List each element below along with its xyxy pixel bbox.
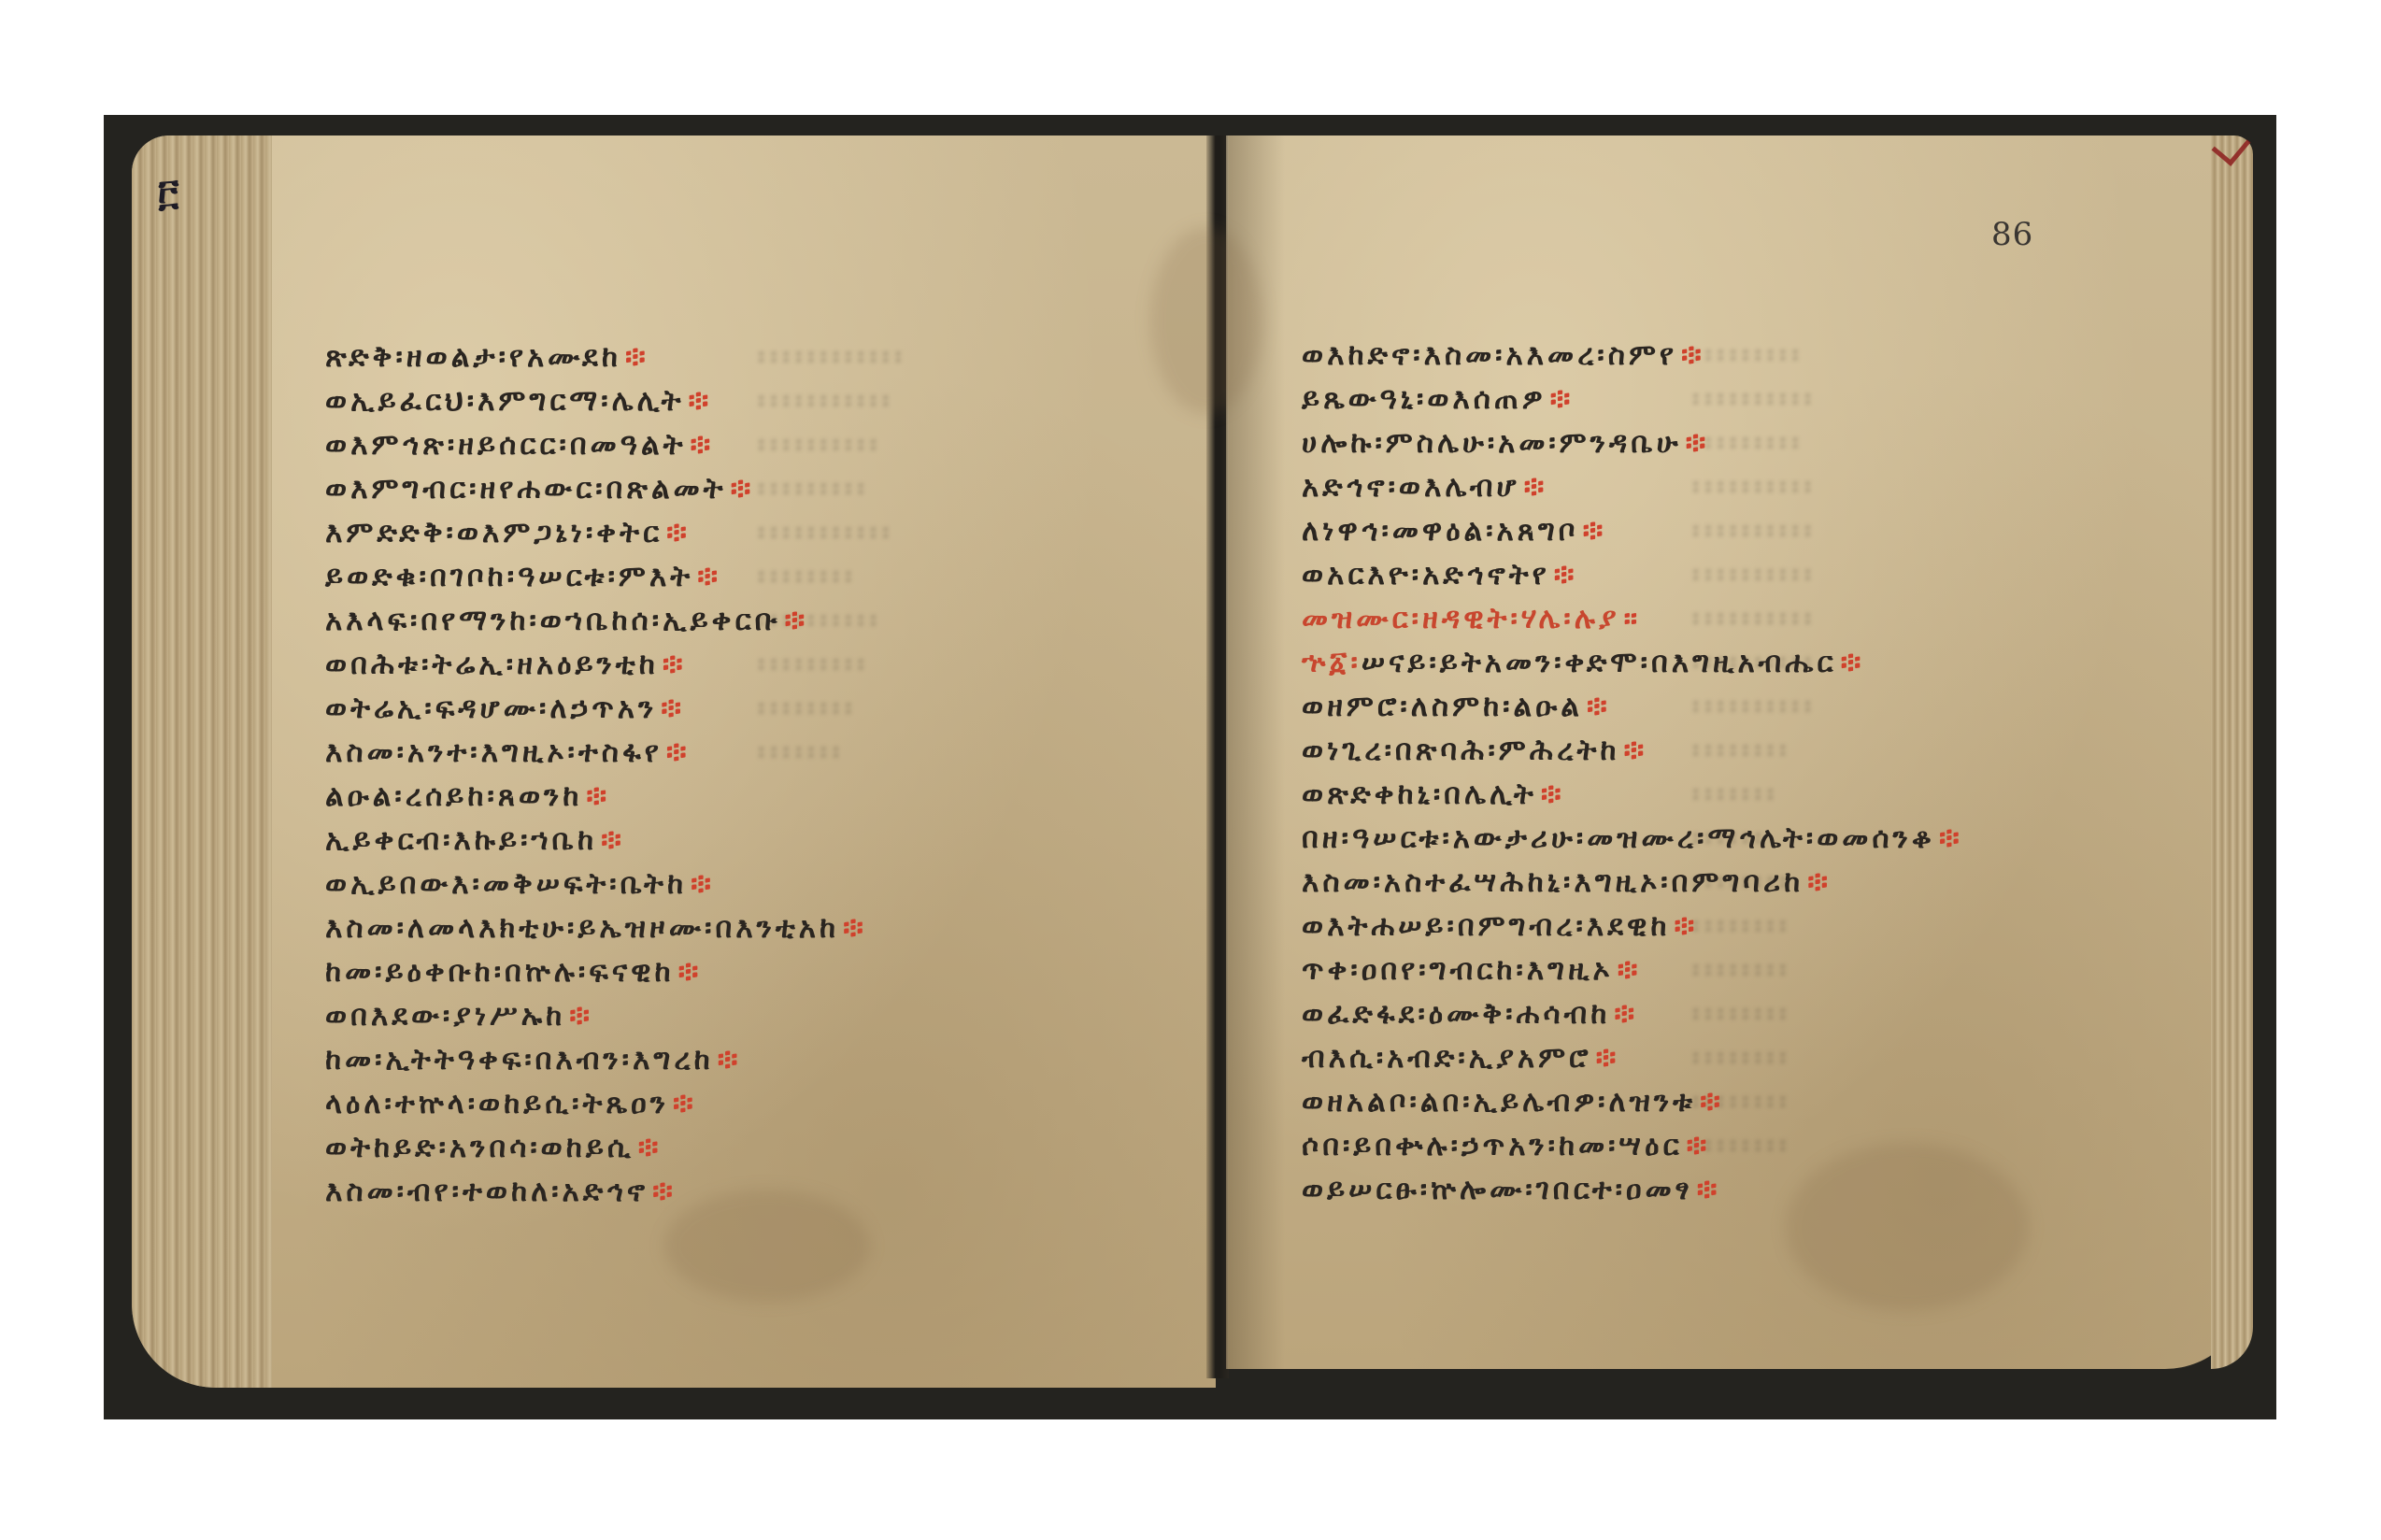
text-line: ወኢይፈርህ፡እምግርማ፡ሌሊት፨ (325, 379, 867, 423)
line-text: ከመ፡ይዕቀቡከ፡በኵሉ፡ፍናዊከ (325, 955, 675, 989)
text-line: እስመ፡ብየ፡ተወከለ፡አድኅኖ፨ (325, 1170, 867, 1214)
line-text: ወዘአልቦ፡ልበ፡ኢይሌብዎ፡ለዝንቱ (1302, 1085, 1696, 1119)
line-text: ሶበ፡ይበቍሉ፡ኃጥአን፡ከመ፡ሣዕር (1302, 1129, 1683, 1162)
rubric-prefix: ኍ፩፡ (1302, 646, 1362, 679)
red-punctuation-icon: ፨ (1841, 646, 1865, 679)
red-punctuation-icon: ፨ (1541, 777, 1565, 811)
red-punctuation-icon: ፨ (1550, 382, 1575, 416)
text-line: ወበሕቱ፡ትሬኢ፡ዘአዕይንቲከ፨ (325, 643, 867, 687)
line-text: ጽድቅ፡ዘወልታ፡የአሙደከ (325, 340, 621, 374)
text-line: ከመ፡ኢትትዓቀፍ፡በእብን፡እግረከ፨ (325, 1038, 867, 1082)
line-text: ኢይቀርብ፡እኩይ፡ኀቤከ (325, 823, 597, 857)
text-line: ጽድቅ፡ዘወልታ፡የአሙደከ፨ (325, 335, 867, 379)
red-punctuation-icon: ፨ (1583, 514, 1607, 548)
text-line: ወኢይበውእ፡መቅሠፍት፡ቤትከ፨ (325, 863, 867, 906)
text-line: ወፈድፋደ፡ዕሙቅ፡ሐሳብከ፨ (1302, 992, 1963, 1036)
red-punctuation-icon: ፨ (1618, 953, 1642, 987)
red-punctuation-icon: ፨ (601, 823, 625, 857)
text-line: ወይሠርፁ፡ኵሎሙ፡ገበርተ፡ዐመፃ፨ (1302, 1168, 1963, 1212)
red-punctuation-icon: ፨ (1686, 426, 1710, 460)
red-punctuation-icon: ፨ (731, 472, 755, 506)
margin-quire-mark: ፫ (158, 171, 178, 215)
left-page-text: ጽድቅ፡ዘወልታ፡የአሙደከ፨ወኢይፈርህ፡እምግርማ፡ሌሊት፨ወእምኅጽ፡ዘይ… (325, 335, 867, 1214)
line-text: ወኢይበውእ፡መቅሠፍት፡ቤትከ (325, 867, 687, 901)
red-punctuation-icon: ፨ (1681, 338, 1705, 372)
text-line: ወጽድቀከኒ፡በሌሊት፨ (1302, 773, 1963, 817)
line-text: ጥቀ፡ዐበየ፡ግብርከ፡እግዚኦ (1302, 953, 1614, 987)
red-punctuation-icon: ፨ (689, 384, 713, 418)
text-line: ወነጊረ፡በጽባሕ፡ምሕረትከ፨ (1302, 729, 1963, 773)
red-punctuation-icon: ፨ (691, 428, 715, 462)
line-text: አድኅኖ፡ወእሌብሆ (1302, 470, 1520, 504)
line-text: ወአርእዮ፡አድኅኖትየ (1302, 558, 1550, 592)
red-punctuation-icon: ፨ (663, 648, 687, 681)
text-line: ጥቀ፡ዐበየ፡ግብርከ፡እግዚኦ፨ (1302, 948, 1963, 992)
line-text: ወበሕቱ፡ትሬኢ፡ዘአዕይንቲከ (325, 648, 659, 681)
red-punctuation-icon: ፨ (1624, 734, 1648, 767)
text-line: እስመ፡አስተፈሣሕከኒ፡እግዚኦ፡በምግባሪከ፨ (1302, 861, 1963, 905)
line-text: ወኢይፈርህ፡እምግርማ፡ሌሊት (325, 384, 685, 418)
line-text: ወእከድኖ፡እስመ፡አእመረ፡ስምየ (1302, 338, 1677, 372)
text-line: ሀሎኩ፡ምስሌሁ፡አመ፡ምንዳቤሁ፨ (1302, 421, 1963, 465)
line-text: መዝሙር፡ዘዳዊት፡ሃሌ፡ሉያ (1302, 602, 1620, 635)
text-line: ወትሬኢ፡ፍዳሆሙ፡ለኃጥአን፨ (325, 687, 867, 731)
red-punctuation-icon: ፨ (666, 516, 691, 549)
line-text: እስመ፡አንተ፡እግዚኦ፡ተስፋየ (325, 735, 663, 769)
red-punctuation-icon: ፨ (1614, 997, 1638, 1031)
text-line: ወአርእዮ፡አድኅኖትየ፨ (1302, 553, 1963, 597)
text-line: ወዘምሮ፡ለስምከ፡ልዑል፨ (1302, 685, 1963, 729)
text-line: ይወድቁ፡በገቦከ፡ዓሠርቱ፡ምእት፨ (325, 555, 867, 599)
red-punctuation-icon: ፨ (691, 867, 715, 901)
text-line: እስመ፡ለመላእክቲሁ፡ይኤዝዞሙ፡በእንቲአከ፨ (325, 906, 867, 950)
line-text: ወይሠርፁ፡ኵሎሙ፡ገበርተ፡ዐመፃ (1302, 1173, 1693, 1206)
line-text: ወእምግብር፡ዘየሐውር፡በጽልመት (325, 472, 727, 506)
left-fore-edge (132, 135, 272, 1388)
text-line: ለነዋኅ፡መዋዕል፡አጸግቦ፨ (1302, 509, 1963, 553)
line-text: ከመ፡ኢትትዓቀፍ፡በእብን፡እግረከ (325, 1043, 714, 1077)
red-punctuation-icon: ፨ (1807, 865, 1832, 899)
line-text: ሠናይ፡ይትአመን፡ቀድሞ፡በእግዚአብሔር (1362, 646, 1837, 679)
right-fore-edge (2211, 135, 2253, 1369)
red-punctuation-icon: ፨ (638, 1131, 663, 1164)
text-line: እስመ፡አንተ፡እግዚኦ፡ተስፋየ፨ (325, 731, 867, 775)
red-punctuation-icon: ፨ (718, 1043, 742, 1077)
text-line: አእላፍ፡በየማንከ፡ወኀቤከሰ፡ኢይቀርቡ፨ (325, 599, 867, 643)
text-line: ከመ፡ይዕቀቡከ፡በኵሉ፡ፍናዊከ፨ (325, 950, 867, 994)
red-punctuation-icon: ፨ (625, 340, 649, 374)
line-text: ይጼውዓኒ፡ወእሰጠዎ (1302, 382, 1547, 416)
red-punctuation-icon: ፨ (1596, 1041, 1620, 1075)
red-punctuation-icon: ። (1624, 602, 1641, 635)
text-line: ወእምኅጽ፡ዘይሰርር፡በመዓልት፨ (325, 423, 867, 467)
line-text: እስመ፡አስተፈሣሕከኒ፡እግዚኦ፡በምግባሪከ (1302, 865, 1804, 899)
text-line: መዝሙር፡ዘዳዊት፡ሃሌ፡ሉያ። (1302, 597, 1963, 641)
line-text: እስመ፡ብየ፡ተወከለ፡አድኅኖ (325, 1175, 649, 1208)
text-line: በዘ፡ዓሠርቱ፡አውታሪሁ፡መዝሙረ፡ማኅሌት፡ወመሰንቆ፨ (1302, 817, 1963, 861)
line-text: ይወድቁ፡በገቦከ፡ዓሠርቱ፡ምእት (325, 560, 693, 593)
text-line: አድኅኖ፡ወእሌብሆ፨ (1302, 465, 1963, 509)
line-text: ብእሲ፡አብድ፡ኢያአምሮ (1302, 1041, 1592, 1075)
line-text: እስመ፡ለመላእክቲሁ፡ይኤዝዞሙ፡በእንቲአከ (325, 911, 839, 945)
red-punctuation-icon: ፨ (673, 1087, 697, 1120)
line-text: በዘ፡ዓሠርቱ፡አውታሪሁ፡መዝሙረ፡ማኅሌት፡ወመሰንቆ (1302, 821, 1935, 855)
red-punctuation-icon: ፨ (586, 779, 610, 813)
text-line: ብእሲ፡አብድ፡ኢያአምሮ፨ (1302, 1036, 1963, 1080)
line-text: ለነዋኅ፡መዋዕል፡አጸግቦ (1302, 514, 1579, 548)
text-line: ወበእደው፡ያነሥኡከ፨ (325, 994, 867, 1038)
text-line: ሶበ፡ይበቍሉ፡ኃጥአን፡ከመ፡ሣዕር፨ (1302, 1124, 1963, 1168)
line-text: ወእትሐሠይ፡በምግብረ፡እደዊከ (1302, 909, 1671, 943)
red-punctuation-icon: ፨ (1687, 1129, 1711, 1162)
text-line: ወእከድኖ፡እስመ፡አእመረ፡ስምየ፨ (1302, 334, 1963, 378)
text-line: ወትከይድ፡አንበሳ፡ወከይሲ፨ (325, 1126, 867, 1170)
manuscript-photo: ፫ 86 ፡፡፡፡፡፡፡፡፡፡፡፡፡፡፡፡፡፡፡፡፡፡፡፡፡፡፡፡፡፡፡፡፡፡፡… (104, 115, 2276, 1419)
red-punctuation-icon: ፨ (1554, 558, 1578, 592)
red-punctuation-icon: ፨ (661, 692, 685, 725)
red-punctuation-icon: ፨ (1700, 1085, 1724, 1119)
red-punctuation-icon: ፨ (843, 911, 867, 945)
red-punctuation-icon: ፨ (666, 735, 691, 769)
text-line: ኍ፩፡ሠናይ፡ይትአመን፡ቀድሞ፡በእግዚአብሔር፨ (1302, 641, 1963, 685)
line-text: ወበእደው፡ያነሥኡከ (325, 999, 565, 1033)
page-number: 86 (1991, 216, 2033, 253)
text-line: ላዕለ፡ተኵላ፡ወከይሲ፡ትጼዐን፨ (325, 1082, 867, 1126)
text-line: ኢይቀርብ፡እኩይ፡ኀቤከ፨ (325, 819, 867, 863)
text-line: ወዘአልቦ፡ልበ፡ኢይሌብዎ፡ለዝንቱ፨ (1302, 1080, 1963, 1124)
line-text: አእላፍ፡በየማንከ፡ወኀቤከሰ፡ኢይቀርቡ (325, 604, 781, 637)
stain (1150, 227, 1262, 414)
red-punctuation-icon: ፨ (697, 560, 721, 593)
line-text: ወፈድፋደ፡ዕሙቅ፡ሐሳብከ (1302, 997, 1610, 1031)
line-text: እምድድቅ፡ወእምጋኔነ፡ቀትር (325, 516, 663, 549)
red-punctuation-icon: ፨ (1939, 821, 1963, 855)
red-punctuation-icon: ፨ (785, 604, 809, 637)
text-line: ይጼውዓኒ፡ወእሰጠዎ፨ (1302, 378, 1963, 421)
red-punctuation-icon: ፨ (652, 1175, 677, 1208)
red-punctuation-icon: ፨ (569, 999, 593, 1033)
red-punctuation-icon: ፨ (1524, 470, 1548, 504)
text-line: እምድድቅ፡ወእምጋኔነ፡ቀትር፨ (325, 511, 867, 555)
line-text: ወእምኅጽ፡ዘይሰርር፡በመዓልት (325, 428, 687, 462)
line-text: ወጽድቀከኒ፡በሌሊት (1302, 777, 1537, 811)
right-page-text: ወእከድኖ፡እስመ፡አእመረ፡ስምየ፨ይጼውዓኒ፡ወእሰጠዎ፨ሀሎኩ፡ምስሌሁ፡… (1302, 334, 1963, 1212)
line-text: ወትሬኢ፡ፍዳሆሙ፡ለኃጥአን (325, 692, 657, 725)
text-line: ወእትሐሠይ፡በምግብረ፡እደዊከ፨ (1302, 905, 1963, 948)
text-line: ልዑል፡ረሰይከ፡ጸወንከ፨ (325, 775, 867, 819)
red-punctuation-icon: ፨ (678, 955, 703, 989)
red-punctuation-icon: ፨ (1697, 1173, 1721, 1206)
red-punctuation-icon: ፨ (1675, 909, 1699, 943)
red-punctuation-icon: ፨ (1587, 690, 1611, 723)
line-text: ልዑል፡ረሰይከ፡ጸወንከ (325, 779, 582, 813)
line-text: ሀሎኩ፡ምስሌሁ፡አመ፡ምንዳቤሁ (1302, 426, 1682, 460)
line-text: ወዘምሮ፡ለስምከ፡ልዑል (1302, 690, 1583, 723)
text-line: ወእምግብር፡ዘየሐውር፡በጽልመት፨ (325, 467, 867, 511)
line-text: ላዕለ፡ተኵላ፡ወከይሲ፡ትጼዐን (325, 1087, 669, 1120)
line-text: ወትከይድ፡አንበሳ፡ወከይሲ (325, 1131, 634, 1164)
line-text: ወነጊረ፡በጽባሕ፡ምሕረትከ (1302, 734, 1620, 767)
